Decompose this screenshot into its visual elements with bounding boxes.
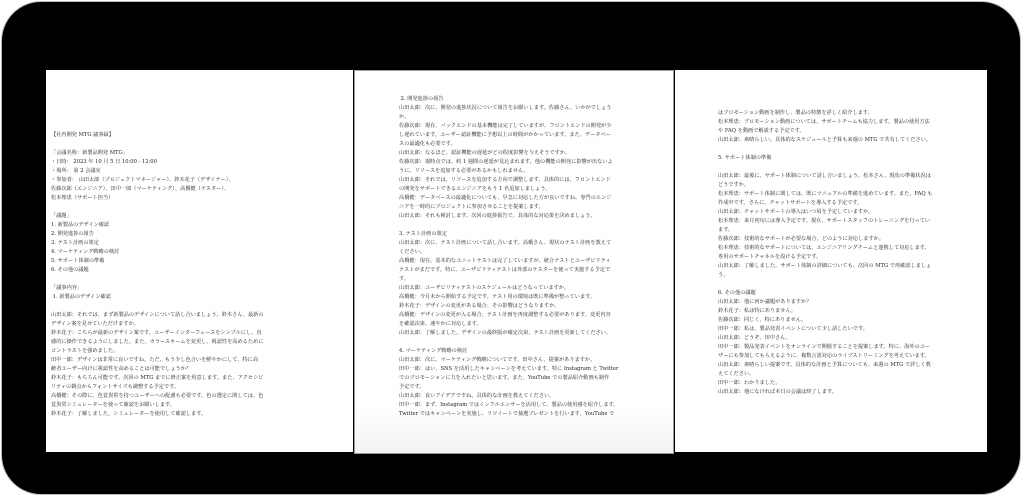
text-line: 山田太郎：素晴らしい提案です。具体的な計画と予算についても、来週の MTG で詳…: [718, 361, 983, 370]
text-line: 3. テスト計画の策定: [51, 239, 316, 248]
viewer-frame: 【社内開発 MTG 議事録】「会議名称：新製品開発 MTG」・日時： 2023 …: [1, 1, 1021, 495]
text-line: 高橋健：今月末から開始する予定です。テスト用の環境は既に準備が整っています。: [399, 293, 664, 302]
text-line: 鈴木花子：了解しました。シミュレーターを使用して確認します。: [51, 410, 316, 419]
text-line: 4. マーケティング戦略の検討: [51, 248, 316, 257]
text-line: 高橋健：デザインの変更が入る場合、テスト計画を再度調整する必要があります。変更内…: [399, 311, 664, 320]
text-line: 齢者ユーザー向けに視認性を高めることは可能でしょうか？: [51, 365, 316, 374]
text-line: 6. その他の議題: [51, 266, 316, 275]
text-line: 山田太郎：それも検討します。次回の進捗報告で、具体的な対応策を決めましょう。: [399, 212, 664, 221]
text-line: 山田太郎：次に、テスト計画について話し合います。高橋さん、現状のテスト計画を教え…: [399, 239, 664, 248]
text-line: 3. テスト計画の策定: [399, 230, 664, 239]
blank-line: [399, 338, 664, 347]
text-line: コントラストを強めました。: [51, 347, 316, 356]
text-line: 予定です。: [399, 383, 664, 392]
page-2-content: 2. 開発進捗の報告山田太郎：次に、開発の進捗状況について報告をお願いします。佐…: [399, 95, 664, 419]
text-line: 佐藤次郎：同じく、特にありません。: [718, 316, 983, 325]
text-line: 山田太郎：チャットサポートの導入はいつ頃を予定していますか。: [718, 208, 983, 217]
text-line: 山田太郎：素晴らしい。具体的なスケジュールと予算も来週の MTG で共有してくだ…: [718, 136, 983, 145]
text-line: 作成中です。さらに、チャットサポートを導入する予定です。: [718, 199, 983, 208]
text-line: の開発をサポートできるエンジニアをもう 1 名追加しましょう。: [399, 185, 664, 194]
text-line: か。: [399, 113, 664, 122]
text-line: 田中一郎：私は、製品発表イベントについて少し話したいです。: [718, 325, 983, 334]
text-line: ます。: [718, 226, 983, 235]
text-line: 田中一郎：まず、Instagram ではインフルエンサーを活用して、製品の使用感…: [399, 401, 664, 410]
text-line: 山田太郎：ユーザビリティテストのスケジュールはどうなっていますか。: [399, 284, 664, 293]
text-line: 5. サポート体制の準備: [51, 257, 316, 266]
text-line: 2. 開発進捗の報告: [51, 230, 316, 239]
text-line: 4. マーケティング戦略の検討: [399, 347, 664, 356]
document-page-2-selected[interactable]: 2. 開発進捗の報告山田太郎：次に、開発の進捗状況について報告をお願いします。佐…: [354, 70, 674, 454]
text-line: えてください。: [718, 370, 983, 379]
text-line: Twitter ではキャンペーンを実施し、リツイートで抽選プレゼントを行います。…: [399, 410, 664, 419]
blank-line: [718, 163, 983, 172]
text-line: デザイン案を見せていただけますか。: [51, 320, 316, 329]
blank-line: [51, 140, 316, 149]
text-line: でのプロモーションに力を入れたいと思います。また、YouTube での製品紹介動…: [399, 374, 664, 383]
text-line: 山田太郎：次に、マーケティング戦略についてです。田中さん、提案がありますか。: [399, 356, 664, 365]
text-line: 鈴木花子：こちらが最新のデザイン案です。ユーザーインターフェースをシンプルにし、…: [51, 329, 316, 338]
text-line: うに、リソースを追加する必要があるかもしれません。: [399, 167, 664, 176]
text-line: う。: [718, 271, 983, 280]
text-line: 高橋健：現在、基本的なユニットテストは完了していますが、統合テストとユーザビリテ…: [399, 257, 664, 266]
text-line: 専用のサポートチャネルを設ける予定です。: [718, 253, 983, 262]
text-line: 鈴木花子：私は特にありません。: [718, 307, 983, 316]
text-line: テストがまだです。特に、ユーザビリティテストは外部のテスターを使って実施する予定…: [399, 266, 664, 275]
text-line: 松本理恵（サポート担当）: [51, 194, 316, 203]
text-line: 山田太郎：了解しました。デザインの最終版が確定次第、テスト計画を更新してください…: [399, 329, 664, 338]
text-line: 山田太郎：次に、開発の進捗状況について報告をお願いします。佐藤さん、いかがでしょ…: [399, 104, 664, 113]
document-page-1[interactable]: 【社内開発 MTG 議事録】「会議名称：新製品開発 MTG」・日時： 2023 …: [46, 70, 353, 452]
text-line: スの最適化も必要です。: [399, 140, 664, 149]
text-line: 6. その他の議題: [718, 289, 983, 298]
text-line: 山田太郎：他に何か議題がありますか？: [718, 298, 983, 307]
text-line: 松本理恵：来月初旬には導入予定です。現在、サポートスタッフのトレーニングを行って…: [718, 217, 983, 226]
blank-line: [718, 145, 983, 154]
text-line: 【社内開発 MTG 議事録】: [51, 131, 316, 140]
text-line: ニアを一時的にプロジェクトに参加させることを提案します。: [399, 203, 664, 212]
text-line: 山田太郎：良いアイデアですね。具体的な計画を教えてください。: [399, 392, 664, 401]
text-line: ・場所： 第 2 会議室: [51, 167, 316, 176]
text-line: や FAQ を動画で解説する予定です。: [718, 127, 983, 136]
page-3-content: はプロモーション動画を制作し、製品の特徴を詳しく紹介します。松本理恵：プロモーシ…: [718, 109, 983, 397]
text-line: 山田太郎：それでは、まず新製品のデザインについて話し合いましょう。鈴木さん、最新…: [51, 311, 316, 320]
text-line: ・参加者： 山田太郎（プロジェクトマネージャー）、鈴木花子（デザイナー）、: [51, 176, 316, 185]
text-line: 感的に操作できるようにしました。また、カラースキームを変更し、視認性を高めるため…: [51, 338, 316, 347]
text-line: 「会議名称：新製品開発 MTG」: [51, 149, 316, 158]
text-line: 佐藤次郎：技術的なサポートが必要な場合、どのように対応しますか。: [718, 235, 983, 244]
blank-line: [51, 275, 316, 284]
text-line: 佐藤次郎：現在、バックエンドの基本機能は完了していますが、フロントエンドの開発が…: [399, 122, 664, 131]
text-line: 山田太郎：了解しました。サポート体制の詳細についても、次回の MTG で再確認し…: [718, 262, 983, 271]
text-line: ・日時： 2023 年 10 月 5 日 10:00 - 12:00: [51, 158, 316, 167]
text-line: 「議題」: [51, 212, 316, 221]
text-line: 高橋健：データベースの最適化についても、早急に対応した方が良いですね。専門のエン…: [399, 194, 664, 203]
text-line: はプロモーション動画を制作し、製品の特徴を詳しく紹介します。: [718, 109, 983, 118]
text-line: 1. 新製品のデザイン確認: [51, 293, 316, 302]
text-line: どうですか。: [718, 181, 983, 190]
text-line: 山田太郎：どうぞ、田中さん。: [718, 334, 983, 343]
blank-line: [718, 280, 983, 289]
text-line: 山田太郎：最後に、サポート体制について話し合いましょう。松本さん、現状の準備状況…: [718, 172, 983, 181]
text-line: 松本理恵：技術的なサポートについては、エンジニアリングチームと連携して対応します…: [718, 244, 983, 253]
text-line: 覚異常シミュレーターを使って確認をお願いします。: [51, 401, 316, 410]
text-line: 田中一郎：製品発表イベントをオンラインで開催することを提案します。特に、海外のユ…: [718, 343, 983, 352]
blank-line: [399, 221, 664, 230]
text-line: 田中一郎：わかりました。: [718, 379, 983, 388]
text-line: 鈴木花子：デザインの変更がある場合、その影響はどうなりますか。: [399, 302, 664, 311]
text-line: 佐藤次郎（エンジニア）、田中一郎（マーケティング）、高橋健（テスター）、: [51, 185, 316, 194]
text-line: 1. 新製品のデザイン確認: [51, 221, 316, 230]
text-line: 佐藤次郎：現時点では、約 1 週間の遅延が見込まれます。他の機能の開発に影響が出…: [399, 158, 664, 167]
text-line: 2. 開発進捗の報告: [399, 95, 664, 104]
document-page-3[interactable]: はプロモーション動画を制作し、製品の特徴を詳しく紹介します。松本理恵：プロモーシ…: [675, 70, 987, 452]
text-line: 松本理恵：サポート体制に関しては、既にマニュアルの準備を進めています。また、FA…: [718, 190, 983, 199]
blank-line: [51, 203, 316, 212]
page-1-content: 【社内開発 MTG 議事録】「会議名称：新製品開発 MTG」・日時： 2023 …: [51, 131, 316, 419]
text-line: 山田太郎：なるほど。認証機能の遅延がどの程度影響を与えそうですか。: [399, 149, 664, 158]
blank-line: [51, 302, 316, 311]
text-line: す。: [399, 275, 664, 284]
text-line: を確認次第、速やかに対応します。: [399, 320, 664, 329]
text-line: 山田太郎：それでは、リソースを追加する方向で調整します。具体的には、フロントエン…: [399, 176, 664, 185]
text-line: 高橋健：その際に、色覚異常を持つユーザーへの配慮も必要です。色の選定に関しては、…: [51, 392, 316, 401]
text-line: ザーにも参加してもらえるように、複数言語対応のライブストリーミングを考えています…: [718, 352, 983, 361]
text-line: ください。: [399, 248, 664, 257]
text-line: 5. サポート体制の準備: [718, 154, 983, 163]
text-line: 山田太郎：他になければ本日の会議は終了します。: [718, 388, 983, 397]
text-line: 田中一郎：はい、SNS を活用したキャンペーンを考えています。特に Instag…: [399, 365, 664, 374]
text-line: 田中一郎：デザインは非常に良いですね。ただ、もう少し色合いを鮮やかにして、特に高: [51, 356, 316, 365]
text-line: 鈴木花子：もちろん可能です。次回の MTG までに修正案を用意します。また、アク…: [51, 374, 316, 383]
text-line: し遅れています。ユーザー認証機能に予想以上の時間がかかっています。また、データベ…: [399, 131, 664, 140]
text-line: 「議事内容」: [51, 284, 316, 293]
text-line: 松本理恵：プロモーション動画については、サポートチームも協力します。製品の使用方…: [718, 118, 983, 127]
text-line: リティの観点からフォントサイズも調整する予定です。: [51, 383, 316, 392]
